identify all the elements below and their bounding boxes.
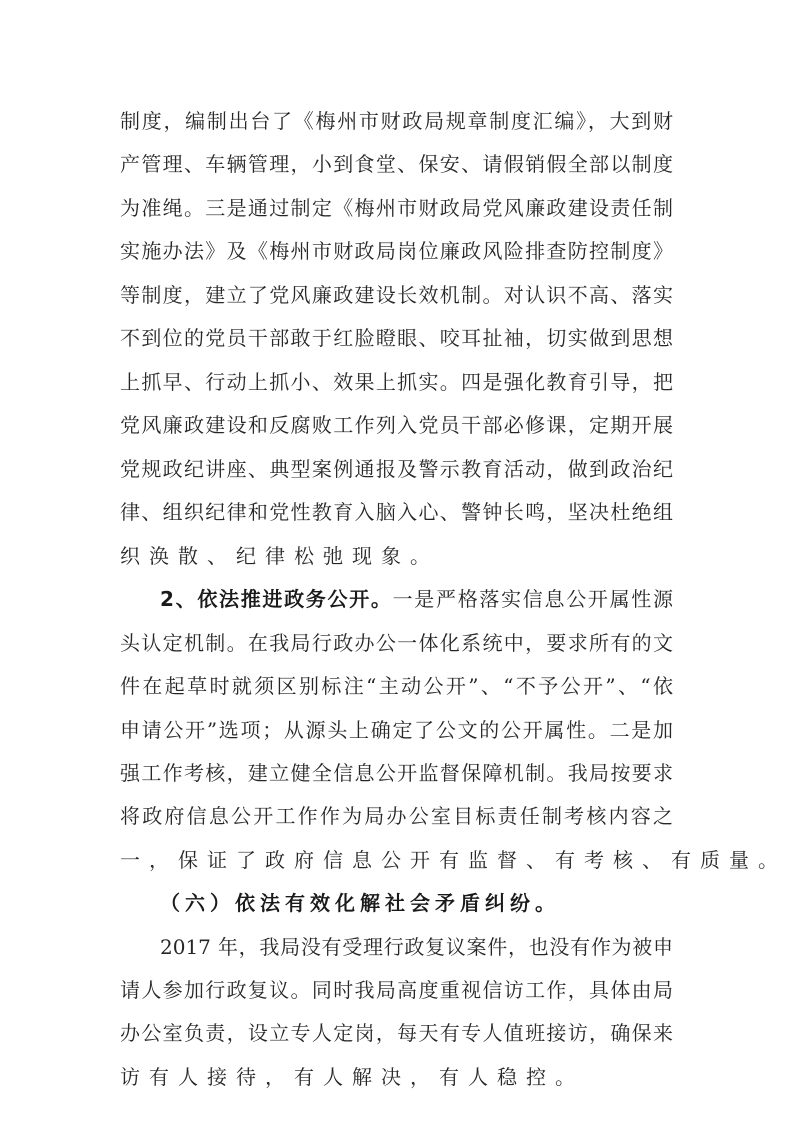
body-text-line: 不到位的党员干部敢于红脸瞪眼、咬耳扯袖，切实做到思想 bbox=[120, 323, 673, 353]
body-text-line: 办公室负责，设立专人定岗，每天有专人值班接访，确保来 bbox=[120, 1018, 673, 1048]
body-text-run: 一是严格落实信息公开属性源 bbox=[393, 587, 673, 611]
body-text-line: 为准绳。三是通过制定《梅州市财政局党风廉政建设责任制 bbox=[120, 193, 673, 223]
paragraph-start-line: 2017 年，我局没有受理行政复议案件，也没有作为被申 bbox=[160, 932, 673, 962]
body-text-line: 头认定机制。在我局行政办公一体化系统中，要求所有的文 bbox=[120, 628, 673, 658]
body-text-line: 访有人接待，有人解决，有人稳控。 bbox=[120, 1062, 673, 1092]
body-text-line: 织涣散、纪律松弛现象。 bbox=[120, 541, 673, 571]
section-heading: （六）依法有效化解社会矛盾纠纷。 bbox=[160, 888, 560, 918]
body-text-line: 制度，编制出台了《梅州市财政局规章制度汇编》，大到财 bbox=[120, 106, 673, 136]
body-text-line: 律、组织纪律和党性教育入脑入心、警钟长鸣，坚决杜绝组 bbox=[120, 497, 673, 527]
paragraph-start-line: 2、依法推进政务公开。一是严格落实信息公开属性源 bbox=[160, 584, 673, 614]
body-text-line: 党规政纪讲座、典型案例通报及警示教育活动，做到政治纪 bbox=[120, 454, 673, 484]
body-text-line: 党风廉政建设和反腐败工作列入党员干部必修课，定期开展 bbox=[120, 410, 673, 440]
body-text-line: 将政府信息公开工作作为局办公室目标责任制考核内容之 bbox=[120, 801, 673, 831]
body-text-line: 强工作考核，建立健全信息公开监督保障机制。我局按要求 bbox=[120, 758, 673, 788]
document-page: 制度，编制出台了《梅州市财政局规章制度汇编》，大到财 产管理、车辆管理，小到食堂… bbox=[0, 0, 793, 1122]
body-text-line: 一，保证了政府信息公开有监督、有考核、有质量。 bbox=[120, 845, 673, 875]
body-text-line: 等制度，建立了党风廉政建设长效机制。对认识不高、落实 bbox=[120, 280, 673, 310]
body-text-line: 产管理、车辆管理，小到食堂、保安、请假销假全部以制度 bbox=[120, 149, 673, 179]
body-text-line: 件在起草时就须区别标注“主动公开”、“不予公开”、“依 bbox=[120, 671, 673, 701]
body-text-line: 实施办法》及《梅州市财政局岗位廉政风险排查防控制度》 bbox=[120, 236, 673, 266]
body-text-line: 上抓早、行动上抓小、效果上抓实。四是强化教育引导，把 bbox=[120, 367, 673, 397]
body-text-line: 申请公开”选项；从源头上确定了公文的公开属性。二是加 bbox=[120, 715, 673, 745]
section-subheading: 2、依法推进政务公开。 bbox=[160, 587, 393, 611]
body-text-line: 请人参加行政复议。同时我局高度重视信访工作，具体由局 bbox=[120, 975, 673, 1005]
